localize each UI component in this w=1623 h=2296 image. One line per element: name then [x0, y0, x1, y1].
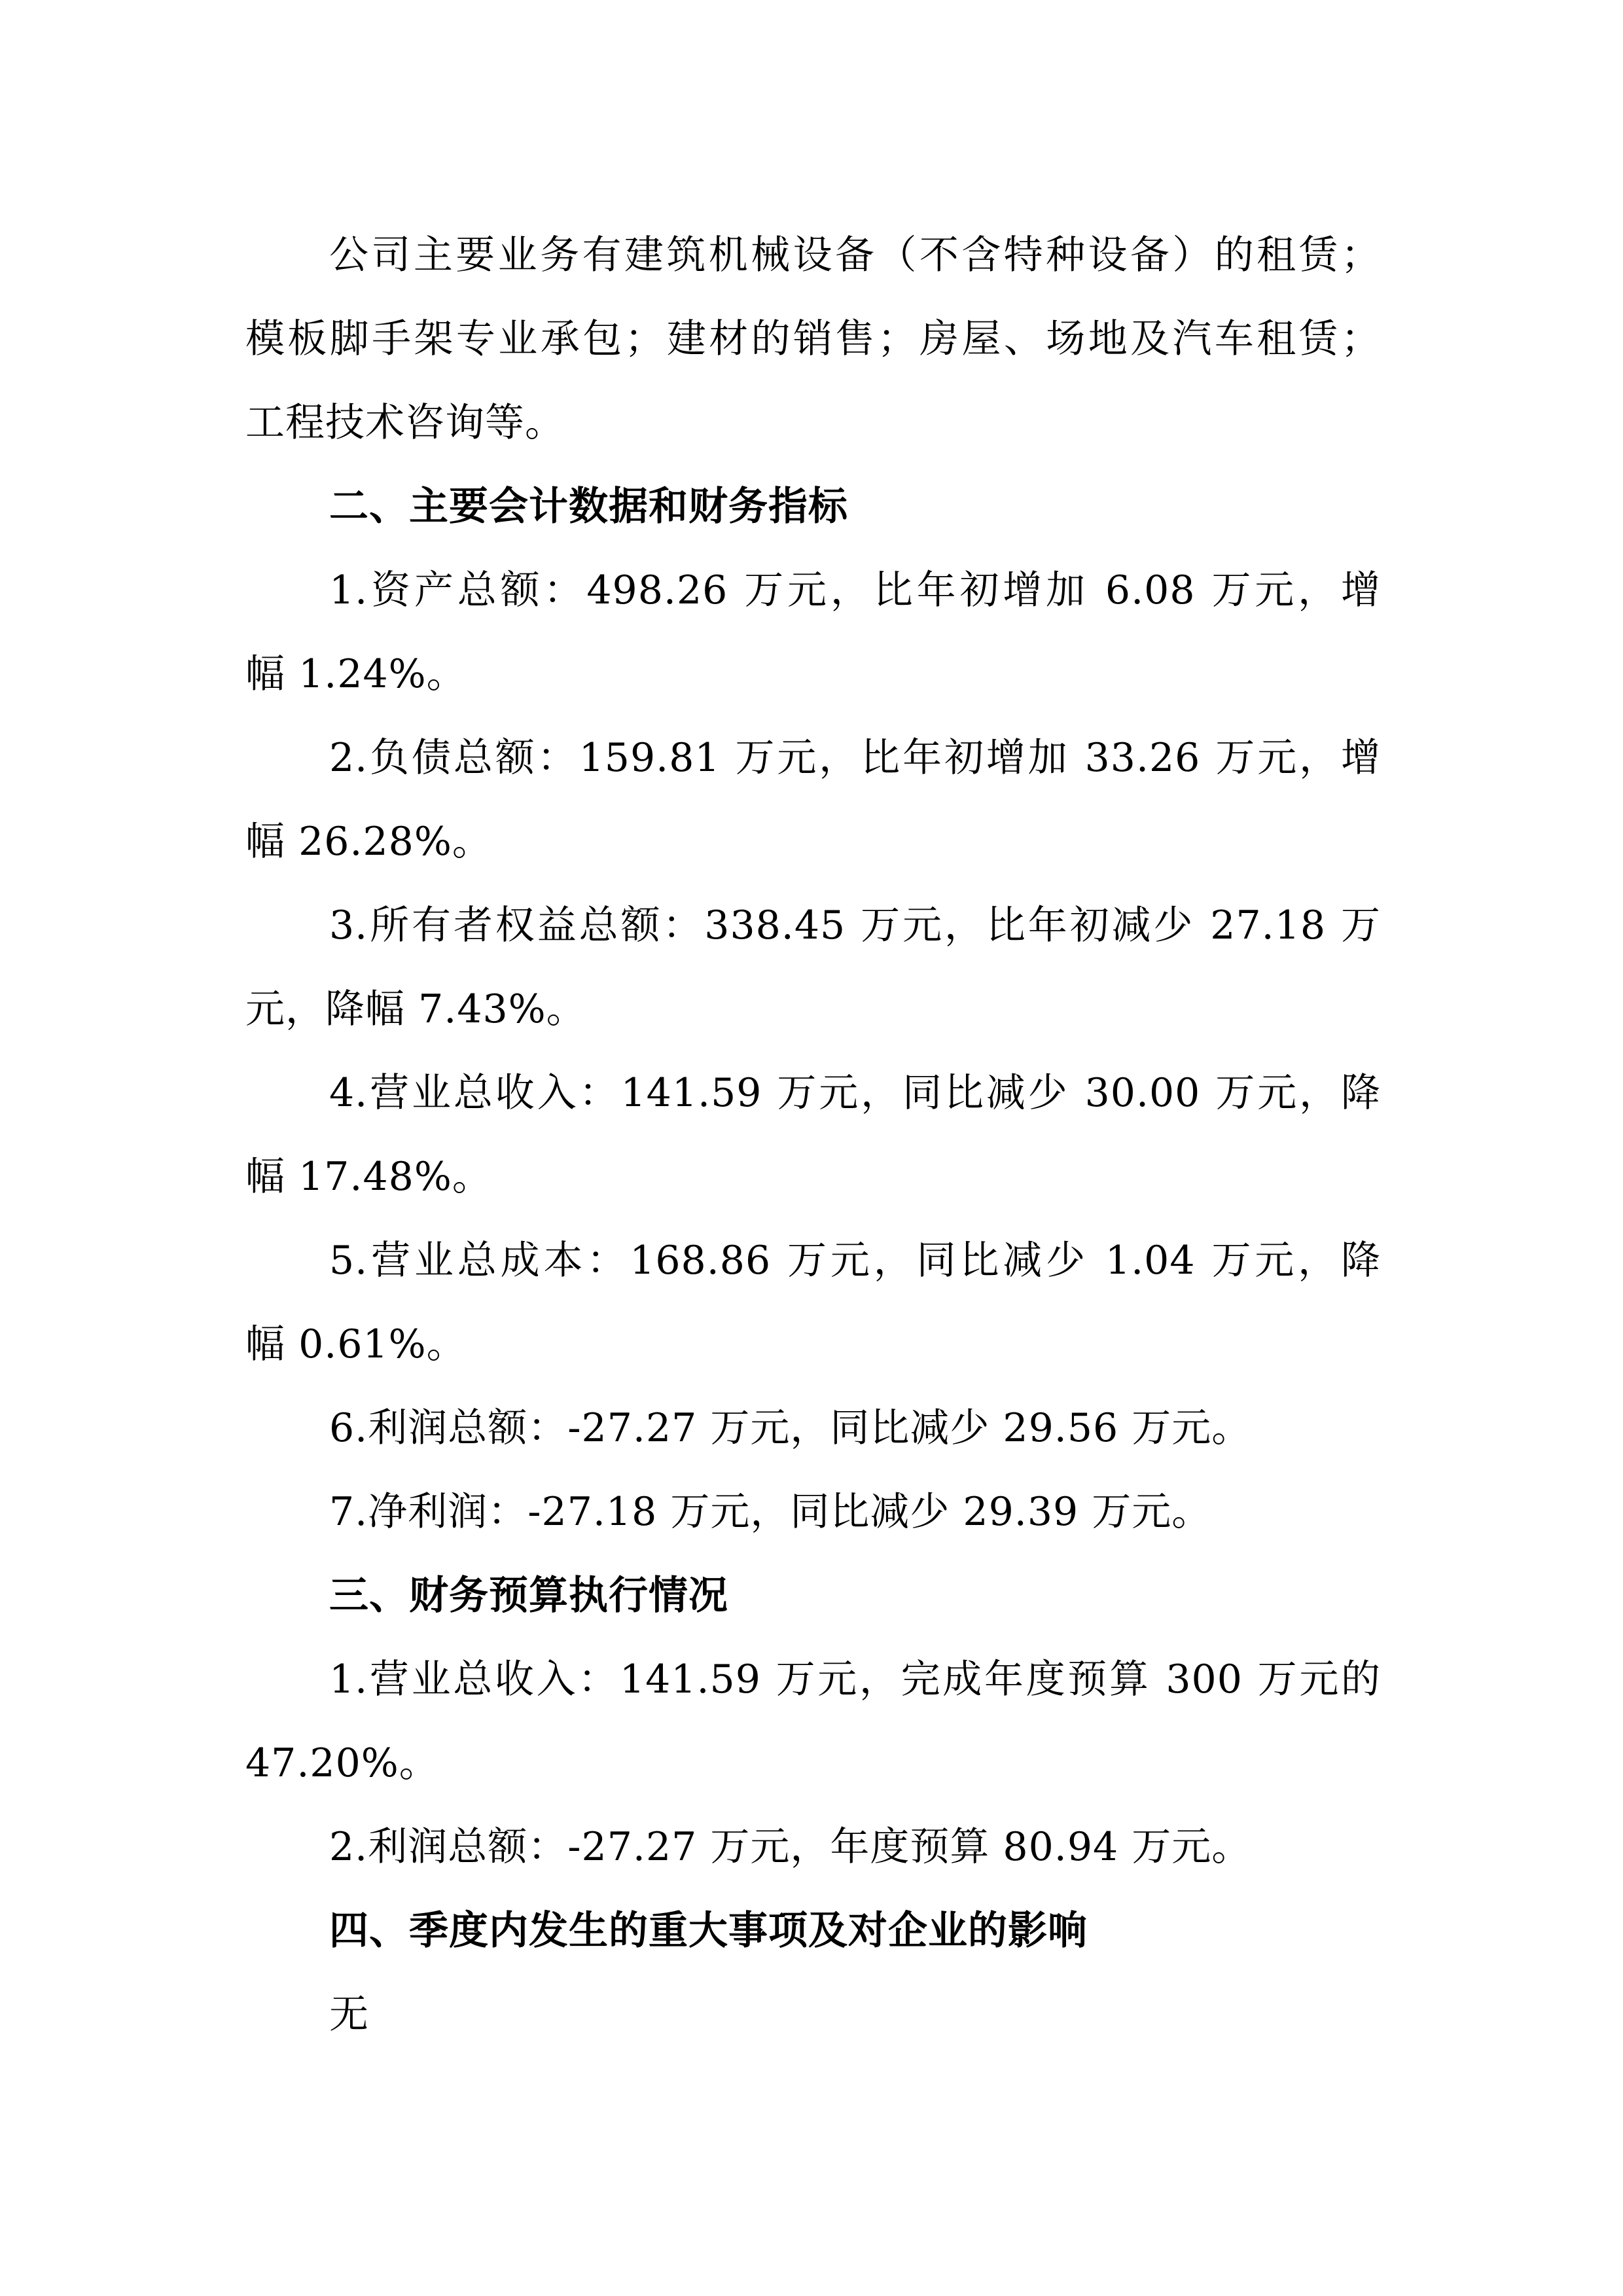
section3-item-1-line1: 1.营业总收入：141.59 万元，完成年度预算 300 万元的	[329, 1653, 1381, 1706]
section2-item-5-line1: 5.营业总成本：168.86 万元，同比减少 1.04 万元，降	[329, 1234, 1381, 1287]
section2-item-1-line2: 幅 1.24%。	[245, 648, 467, 700]
section2-item-2-line2: 幅 26.28%。	[245, 816, 492, 868]
section2-item-5-line2: 幅 0.61%。	[245, 1318, 467, 1371]
section2-item-4-line1: 4.营业总收入：141.59 万元，同比减少 30.00 万元，降	[329, 1067, 1381, 1119]
section2-item-3-line1: 3.所有者权益总额：338.45 万元，比年初减少 27.18 万	[329, 899, 1381, 952]
section2-item-6: 6.利润总额：-27.27 万元，同比减少 29.56 万元。	[329, 1402, 1251, 1454]
section3-item-2: 2.利润总额：-27.27 万元，年度预算 80.94 万元。	[329, 1821, 1251, 1873]
section2-item-3-line2: 元，降幅 7.43%。	[245, 983, 586, 1035]
section4-body: 无	[329, 1988, 369, 2041]
section2-item-2-line1: 2.负债总额：159.81 万元，比年初增加 33.26 万元，增	[329, 732, 1381, 784]
section2-heading: 二、主要会计数据和财务指标	[329, 480, 848, 533]
intro-line-3: 工程技术咨询等。	[245, 397, 565, 449]
section3-heading: 三、财务预算执行情况	[329, 1570, 728, 1622]
section4-heading: 四、季度内发生的重大事项及对企业的影响	[329, 1905, 1088, 1957]
intro-line-2: 模板脚手架专业承包；建材的销售；房屋、场地及汽车租赁；	[245, 313, 1381, 365]
section2-item-4-line2: 幅 17.48%。	[245, 1151, 492, 1203]
intro-line-1: 公司主要业务有建筑机械设备（不含特种设备）的租赁；	[329, 229, 1381, 281]
section3-item-1-line2: 47.20%。	[245, 1737, 439, 1789]
section2-item-7: 7.净利润：-27.18 万元，同比减少 29.39 万元。	[329, 1486, 1211, 1538]
section2-item-1-line1: 1.资产总额：498.26 万元，比年初增加 6.08 万元，增	[329, 564, 1381, 617]
